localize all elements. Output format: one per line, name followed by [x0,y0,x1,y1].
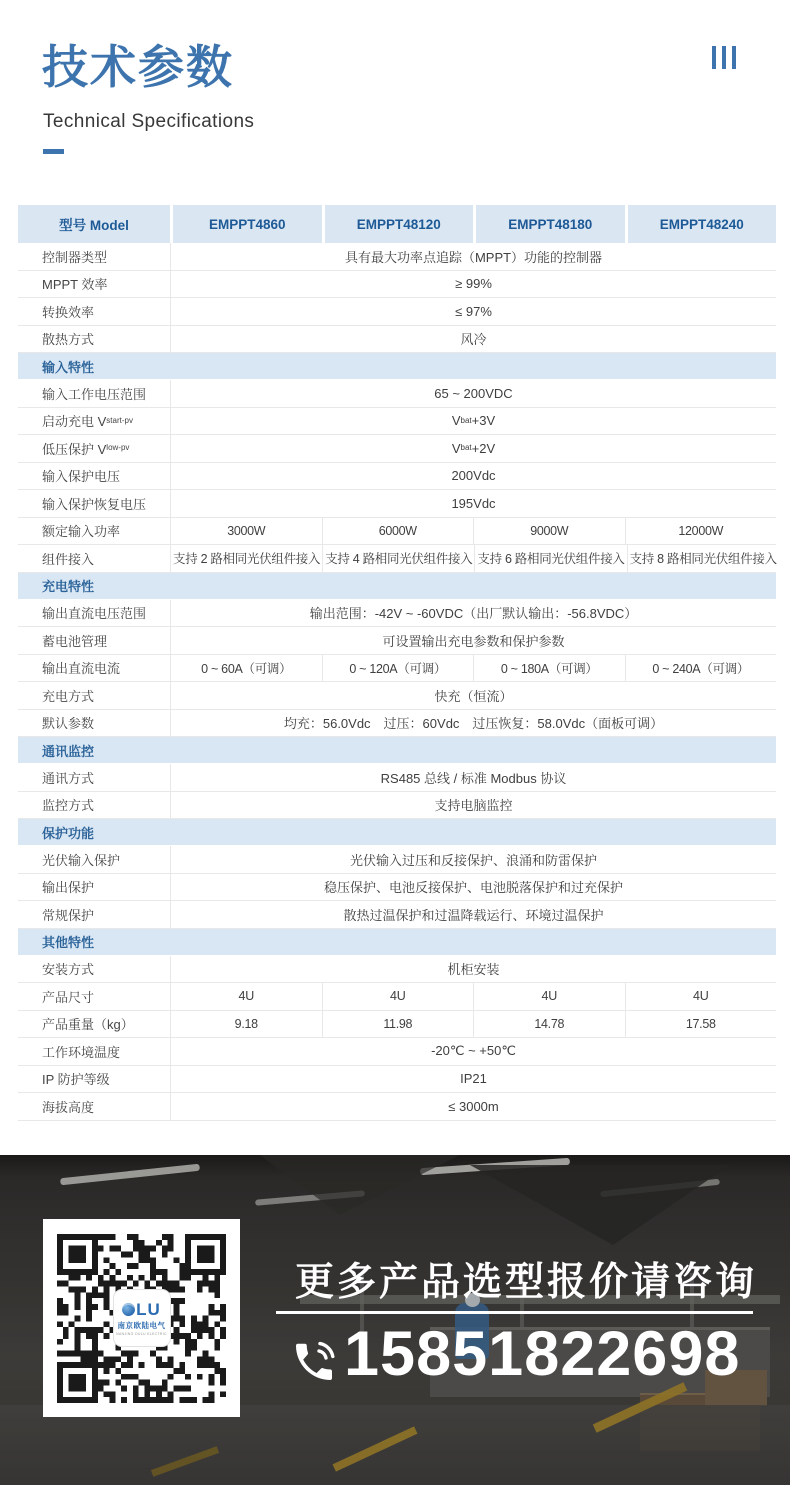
row-value-merged: 65 ~ 200VDC [170,380,776,407]
row-label: 通讯方式 [18,764,170,791]
row-label: 充电方式 [18,682,170,709]
row-label: 低压保护 Vlow-pv [18,435,170,462]
page-subtitle: Technical Specifications [43,111,254,133]
table-row: 光伏输入保护光伏输入过压和反接保护、浪涌和防雷保护 [18,846,776,874]
phone-number: 15851822698 [344,1323,740,1386]
table-row: 输出直流电流0 ~ 60A（可调）0 ~ 120A（可调）0 ~ 180A（可调… [18,655,776,683]
table-row: 输出直流电压范围输出范围：-42V ~ -60VDC（出厂默认输出：-56.8V… [18,600,776,628]
row-value-merged: 具有最大功率点追踪（MPPT）功能的控制器 [170,243,776,270]
row-label: 输入保护恢复电压 [18,490,170,517]
table-row: 海拔高度≤ 3000m [18,1093,776,1121]
row-label: 启动充电 Vstart-pv [18,408,170,435]
table-row: 低压保护 Vlow-pvVbat+2V [18,435,776,463]
row-label: 输出直流电压范围 [18,600,170,627]
row-value: 0 ~ 180A（可调） [473,655,625,682]
row-value: 12000W [625,518,777,545]
table-row: 输入保护恢复电压195Vdc [18,490,776,518]
row-value: 6000W [322,518,474,545]
row-label: 常规保护 [18,901,170,928]
row-value: 支持 2 路相同光伏组件接入 [170,545,322,572]
row-value: 4U [322,983,474,1010]
row-value: 4U [170,983,322,1010]
table-header-row: 型号 ModelEMPPT4860EMPPT48120EMPPT48180EMP… [18,205,776,243]
table-row: 产品重量（kg）9.1811.9814.7817.58 [18,1011,776,1039]
page-title: 技术参数 [42,42,234,93]
row-value: 4U [625,983,777,1010]
row-value: 9.18 [170,1011,322,1038]
section-row: 通讯监控 [18,737,776,764]
row-value-merged: 快充（恒流） [170,682,776,709]
row-value-merged: 风冷 [170,326,776,353]
table-row: 控制器类型具有最大功率点追踪（MPPT）功能的控制器 [18,243,776,271]
row-value-merged: 均充：56.0Vdc 过压：60Vdc 过压恢复：58.0Vdc（面板可调） [170,710,776,737]
phone-row: 15851822698 [290,1323,740,1386]
section-row: 保护功能 [18,819,776,846]
spec-table: 型号 ModelEMPPT4860EMPPT48120EMPPT48180EMP… [18,205,776,1121]
table-row: 默认参数均充：56.0Vdc 过压：60Vdc 过压恢复：58.0Vdc（面板可… [18,710,776,738]
row-label: 产品尺寸 [18,983,170,1010]
table-row: 监控方式支持电脑监控 [18,792,776,820]
row-value-merged: Vbat+2V [170,435,776,462]
row-label: 监控方式 [18,792,170,819]
table-row: 产品尺寸4U4U4U4U [18,983,776,1011]
table-row: IP 防护等级IP21 [18,1066,776,1094]
table-row: 通讯方式RS485 总线 / 标准 Modbus 协议 [18,764,776,792]
row-value-merged: ≥ 99% [170,271,776,298]
table-row: 启动充电 Vstart-pvVbat+3V [18,408,776,436]
row-value-merged: Vbat+3V [170,408,776,435]
row-value: 14.78 [473,1011,625,1038]
row-value-merged: IP21 [170,1066,776,1093]
table-row: 转换效率≤ 97% [18,298,776,326]
row-value-merged: 稳压保护、电池反接保护、电池脱落保护和过充保护 [170,874,776,901]
table-row: 常规保护散热过温保护和过温降载运行、环境过温保护 [18,901,776,929]
row-value-merged: ≤ 3000m [170,1093,776,1120]
header-cell: EMPPT4860 [173,205,322,243]
row-value-merged: 200Vdc [170,463,776,490]
footer-underline [276,1311,753,1314]
table-row: 散热方式风冷 [18,326,776,354]
row-label: 输出直流电流 [18,655,170,682]
table-row: MPPT 效率≥ 99% [18,271,776,299]
table-row: 安装方式机柜安装 [18,956,776,984]
header-cell: EMPPT48180 [476,205,625,243]
row-value: 支持 8 路相同光伏组件接入 [627,545,779,572]
row-label: 安装方式 [18,956,170,983]
table-row: 充电方式快充（恒流） [18,682,776,710]
row-label: 海拔高度 [18,1093,170,1120]
table-row: 输入保护电压200Vdc [18,463,776,491]
table-row: 额定输入功率3000W6000W9000W12000W [18,518,776,546]
row-value-merged: 光伏输入过压和反接保护、浪涌和防雷保护 [170,846,776,873]
row-value-merged: 机柜安装 [170,956,776,983]
qr-logo: LU 南京欧陆电气 NANJING OULU ELECTRIC [113,1289,171,1347]
row-label: 默认参数 [18,710,170,737]
row-value: 3000W [170,518,322,545]
qr-logo-brand: LU [136,1301,161,1318]
qr-logo-company-en: NANJING OULU ELECTRIC [116,1332,167,1336]
row-label: 工作环境温度 [18,1038,170,1065]
row-value-merged: -20℃ ~ +50℃ [170,1038,776,1065]
row-value: 11.98 [322,1011,474,1038]
table-row: 组件接入支持 2 路相同光伏组件接入支持 4 路相同光伏组件接入支持 6 路相同… [18,545,776,573]
row-label: 散热方式 [18,326,170,353]
section-row: 输入特性 [18,353,776,380]
row-label: 光伏输入保护 [18,846,170,873]
table-body: 控制器类型具有最大功率点追踪（MPPT）功能的控制器MPPT 效率≥ 99%转换… [18,243,776,1121]
row-label: 输出保护 [18,874,170,901]
row-label: 额定输入功率 [18,518,170,545]
table-row: 输出保护稳压保护、电池反接保护、电池脱落保护和过充保护 [18,874,776,902]
row-label: 产品重量（kg） [18,1011,170,1038]
row-label: 输入保护电压 [18,463,170,490]
row-label: MPPT 效率 [18,271,170,298]
qr-code: LU 南京欧陆电气 NANJING OULU ELECTRIC [43,1219,240,1417]
header-cell: EMPPT48240 [628,205,777,243]
menu-bars-icon [712,46,736,69]
row-value: 17.58 [625,1011,777,1038]
phone-icon [290,1338,338,1386]
row-label: 蓄电池管理 [18,627,170,654]
row-label: 组件接入 [18,545,170,572]
row-label: 输入工作电压范围 [18,380,170,407]
row-value-merged: 支持电脑监控 [170,792,776,819]
row-value: 支持 6 路相同光伏组件接入 [474,545,626,572]
table-row: 工作环境温度-20℃ ~ +50℃ [18,1038,776,1066]
footer-headline: 更多产品选型报价请咨询 [295,1251,757,1307]
qr-logo-company-cn: 南京欧陆电气 [118,1320,166,1331]
row-value: 9000W [473,518,625,545]
row-value-merged: ≤ 97% [170,298,776,325]
row-value-merged: RS485 总线 / 标准 Modbus 协议 [170,764,776,791]
row-value-merged: 可设置输出充电参数和保护参数 [170,627,776,654]
row-label: 控制器类型 [18,243,170,270]
row-value: 4U [473,983,625,1010]
row-label: 转换效率 [18,298,170,325]
header-model-label: 型号 Model [18,205,170,243]
table-row: 输入工作电压范围65 ~ 200VDC [18,380,776,408]
row-value: 0 ~ 120A（可调） [322,655,474,682]
row-value-merged: 195Vdc [170,490,776,517]
globe-icon [122,1303,135,1316]
table-row: 蓄电池管理可设置输出充电参数和保护参数 [18,627,776,655]
section-row: 其他特性 [18,929,776,956]
row-value: 0 ~ 60A（可调） [170,655,322,682]
row-value-merged: 输出范围：-42V ~ -60VDC（出厂默认输出：-56.8VDC） [170,600,776,627]
row-value-merged: 散热过温保护和过温降载运行、环境过温保护 [170,901,776,928]
row-value: 支持 4 路相同光伏组件接入 [322,545,474,572]
factory-photo: LU 南京欧陆电气 NANJING OULU ELECTRIC 更多产品选型报价… [0,1155,790,1485]
header-cell: EMPPT48120 [325,205,474,243]
section-row: 充电特性 [18,573,776,600]
row-label: IP 防护等级 [18,1066,170,1093]
row-value: 0 ~ 240A（可调） [625,655,777,682]
title-accent-dash [43,149,64,154]
